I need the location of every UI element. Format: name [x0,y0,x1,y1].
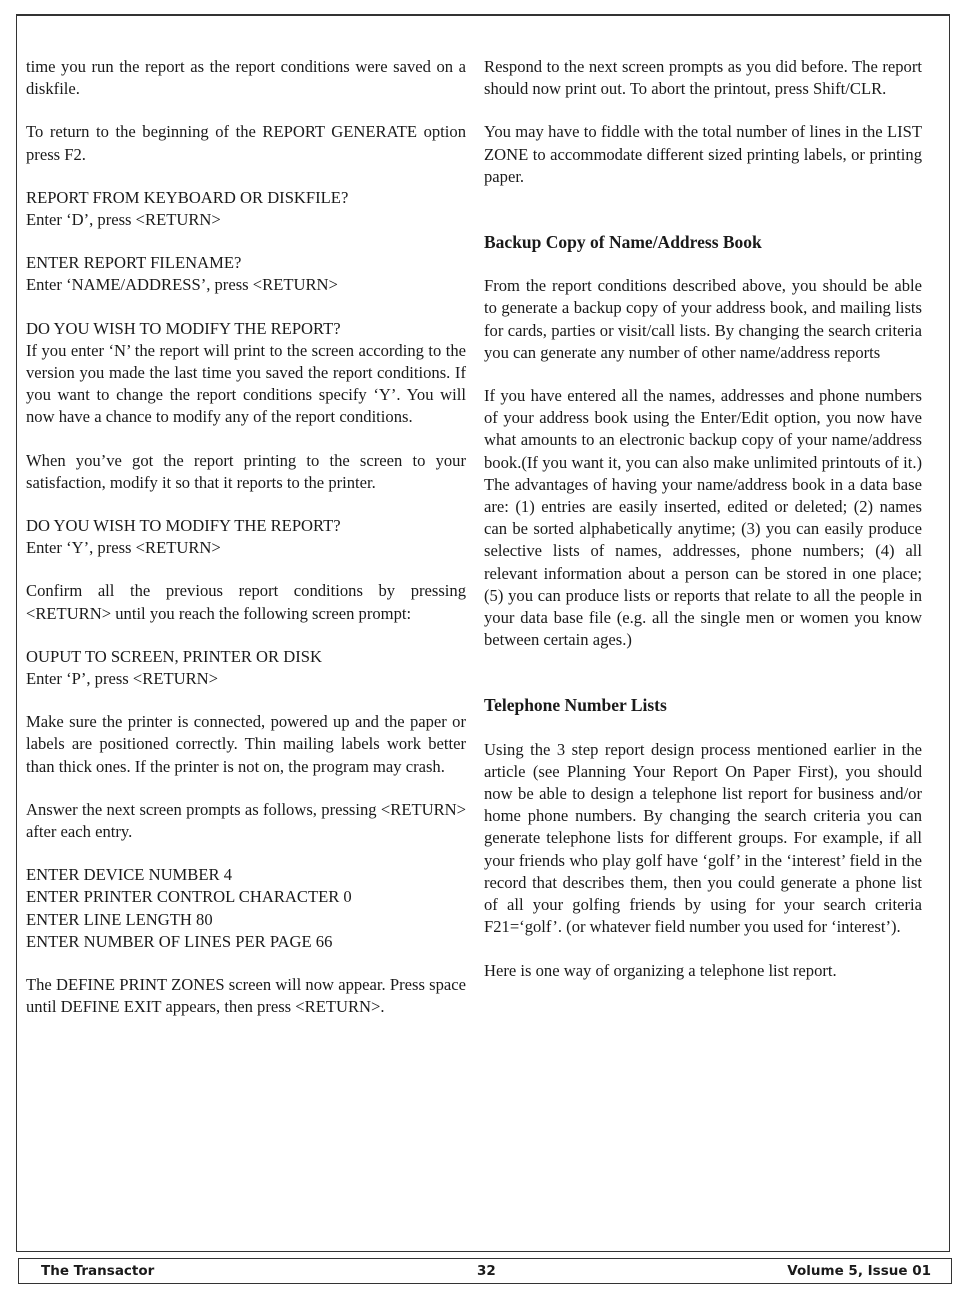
prompt-block: ENTER REPORT FILENAME? Enter ‘NAME/ADDRE… [26,252,466,296]
paragraph: If you have entered all the names, addre… [484,385,922,651]
section-heading-telephone: Telephone Number Lists [484,694,922,716]
prompt-block: DO YOU WISH TO MODIFY THE REPORT? Enter … [26,515,466,559]
paragraph: From the report conditions described abo… [484,275,922,364]
setting-line: ENTER PRINTER CONTROL CHARACTER 0 [26,887,352,906]
paragraph: Make sure the printer is connected, powe… [26,711,466,778]
screen-prompt: DO YOU WISH TO MODIFY THE REPORT? [26,319,341,338]
prompt-block: REPORT FROM KEYBOARD OR DISKFILE? Enter … [26,187,466,231]
section-heading-backup: Backup Copy of Name/Address Book [484,231,922,253]
paragraph: Confirm all the previous report conditio… [26,580,466,624]
prompt-explanation: If you enter ‘N’ the report will print t… [26,341,466,427]
right-column: Respond to the next screen prompts as yo… [484,56,922,1003]
setting-line: ENTER LINE LENGTH 80 [26,910,213,929]
paragraph: You may have to fiddle with the total nu… [484,121,922,188]
publication-title: The Transactor [41,1263,154,1279]
screen-prompt: REPORT FROM KEYBOARD OR DISKFILE? [26,188,348,207]
left-column: time you run the report as the report co… [26,56,466,1040]
prompt-action: Enter ‘NAME/ADDRESS’, press <RETURN> [26,275,338,294]
paragraph: Answer the next screen prompts as follow… [26,799,466,843]
paragraph: Here is one way of organizing a telephon… [484,960,922,982]
prompt-action: Enter ‘Y’, press <RETURN> [26,538,221,557]
screen-prompt: ENTER REPORT FILENAME? [26,253,241,272]
paragraph: The DEFINE PRINT ZONES screen will now a… [26,974,466,1018]
prompt-action: Enter ‘P’, press <RETURN> [26,669,218,688]
setting-line: ENTER DEVICE NUMBER 4 [26,865,232,884]
page-number: 32 [477,1263,496,1279]
paragraph: Using the 3 step report design process m… [484,739,922,939]
paragraph: When you’ve got the report printing to t… [26,450,466,494]
screen-prompt: DO YOU WISH TO MODIFY THE REPORT? [26,516,341,535]
issue-label: Volume 5, Issue 01 [787,1263,931,1279]
setting-line: ENTER NUMBER OF LINES PER PAGE 66 [26,932,332,951]
screen-prompt: OUPUT TO SCREEN, PRINTER OR DISK [26,647,322,666]
prompt-action: Enter ‘D’, press <RETURN> [26,210,221,229]
paragraph: time you run the report as the report co… [26,56,466,100]
paragraph: To return to the beginning of the REPORT… [26,121,466,165]
prompt-block: DO YOU WISH TO MODIFY THE REPORT? If you… [26,318,466,429]
prompt-block: OUPUT TO SCREEN, PRINTER OR DISK Enter ‘… [26,646,466,690]
page-footer: The Transactor 32 Volume 5, Issue 01 [18,1258,952,1284]
printer-settings-list: ENTER DEVICE NUMBER 4 ENTER PRINTER CONT… [26,864,466,953]
paragraph: Respond to the next screen prompts as yo… [484,56,922,100]
